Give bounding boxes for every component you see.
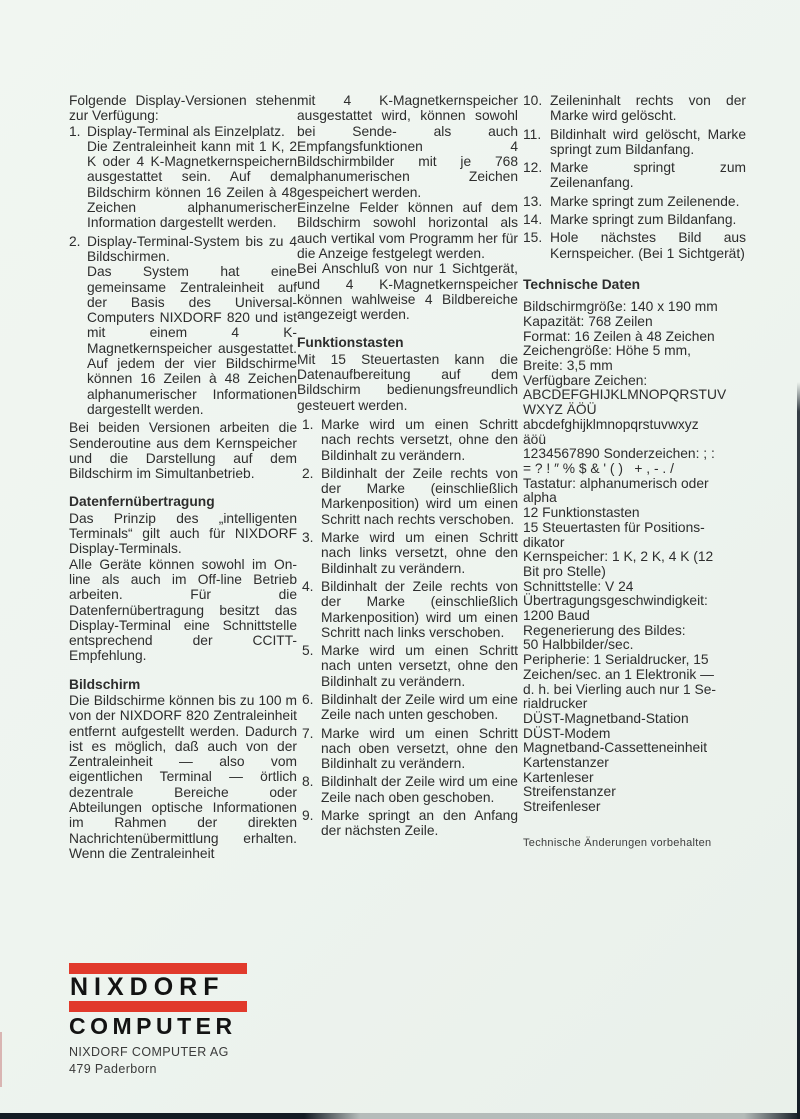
- list-item-text: Marke springt zum Bildanfang.: [550, 212, 746, 227]
- list-item-text: Das System hat eine gemeinsame Zentralei…: [87, 264, 297, 417]
- list-item-text: Bildinhalt wird gelöscht, Marke springt …: [550, 127, 746, 158]
- list-number: 2.: [302, 466, 321, 527]
- spec-line: Streifenstanzer: [523, 785, 746, 800]
- spec-line: DÜST-Modem: [523, 727, 746, 742]
- list-number: 5.: [302, 643, 321, 689]
- spec-line: dikator: [523, 536, 746, 551]
- logo-computer-text: COMPUTER: [69, 1014, 247, 1038]
- function-key-item-1: 1. Marke wird um einen Schritt nach rech…: [297, 417, 518, 463]
- spec-line: d. h. bei Vierling auch nur 1 Se-: [523, 683, 746, 698]
- spec-line: Peripherie: 1 Serialdrucker, 15: [523, 653, 746, 668]
- spec-line: Verfügbare Zeichen:: [523, 374, 746, 389]
- function-key-item-4: 4. Bildinhalt der Zeile rechts von der M…: [297, 579, 518, 640]
- list-number: 13.: [523, 194, 550, 209]
- technical-specs-list: Bildschirmgröße: 140 x 190 mmKapazität: …: [523, 300, 746, 815]
- paragraph-continuation-3: Bei Anschluß von nur 1 Sichtgerät, und 4…: [297, 261, 518, 322]
- list-item-text: Marke springt an den Anfang der nächsten…: [321, 808, 518, 839]
- logo-nixdorf-text: NIXDORF: [70, 975, 247, 1000]
- function-key-item-7: 7. Marke wird um einen Schritt nach oben…: [297, 726, 518, 772]
- company-address: NIXDORF COMPUTER AG 479 Paderborn: [69, 1044, 229, 1078]
- spec-line: = ? ! ″ % $ & ' ( ) + , - . /: [523, 462, 746, 477]
- list-item-text: Bildinhalt der Zeile wird um eine Zeile …: [321, 692, 518, 723]
- spec-line: Regenerierung des Bildes:: [523, 624, 746, 639]
- list-number: 12.: [523, 160, 550, 191]
- spec-line: abcdefghijklmnopqrstuvwxyz: [523, 418, 746, 433]
- scan-edge-left-speck: [0, 1032, 2, 1087]
- section-heading-datenfernuebertragung: Datenfernübertragung: [69, 494, 297, 509]
- spec-line: ABCDEFGHIJKLMNOPQRSTUV: [523, 388, 746, 403]
- list-number: 1.: [69, 124, 87, 231]
- list-item-2: 2. Display-Terminal-System bis zu 4 Bild…: [69, 234, 297, 418]
- spec-line: rialdrucker: [523, 697, 746, 712]
- list-item-text: Bildinhalt der Zeile rechts von der Mark…: [321, 466, 518, 527]
- list-number: 6.: [302, 692, 321, 723]
- spec-line: 1200 Baud: [523, 609, 746, 624]
- section-heading-bildschirm: Bildschirm: [69, 677, 297, 692]
- spec-line: Zeichen/sec. an 1 Elektronik —: [523, 668, 746, 683]
- function-key-item-12: 12. Marke springt zum Zeilenanfang.: [523, 160, 746, 191]
- spec-line: Kapazität: 768 Zeilen: [523, 315, 746, 330]
- paragraph-dfu-1: Das Prinzip des „intelligenten Terminals…: [69, 511, 297, 557]
- function-key-item-9: 9. Marke springt an den Anfang der nächs…: [297, 808, 518, 839]
- list-item-text: Marke wird um einen Schritt nach links v…: [321, 530, 518, 576]
- function-key-item-15: 15. Hole nächstes Bild aus Kernspeicher.…: [523, 230, 746, 261]
- list-item-text: Marke wird um einen Schritt nach oben ve…: [321, 726, 518, 772]
- intro-text: Folgende Display-Versionen stehen zur Ve…: [69, 93, 297, 124]
- function-key-item-8: 8. Bildinhalt der Zeile wird um eine Zei…: [297, 774, 518, 805]
- list-item-text: Marke springt zum Zeilenanfang.: [550, 160, 746, 191]
- list-number: 11.: [523, 127, 550, 158]
- list-number: 9.: [302, 808, 321, 839]
- list-item-text: Zeileninhalt rechts von der Marke wird g…: [550, 93, 746, 124]
- footnote: Technische Änderungen vorbehalten: [523, 837, 746, 850]
- spec-line: 15 Steuertasten für Positions-: [523, 521, 746, 536]
- nixdorf-logo: NIXDORF COMPUTER: [69, 963, 247, 1038]
- spec-line: Kernspeicher: 1 K, 2 K, 4 K (12: [523, 550, 746, 565]
- spec-line: Magnetband-Cassetteneinheit: [523, 741, 746, 756]
- spec-line: Kartenstanzer: [523, 756, 746, 771]
- spec-line: Kartenleser: [523, 771, 746, 786]
- list-number: 4.: [302, 579, 321, 640]
- spec-line: Zeichengröße: Höhe 5 mm,: [523, 344, 746, 359]
- list-item-text: Marke wird um einen Schritt nach rechts …: [321, 417, 518, 463]
- paragraph-bildschirm: Die Bildschirme können bis zu 100 m von …: [69, 693, 297, 861]
- list-number: 14.: [523, 212, 550, 227]
- list-number: 15.: [523, 230, 550, 261]
- scan-edge-bottom: [0, 1113, 800, 1119]
- funktionstasten-intro: Mit 15 Steuertasten kann die Datenaufber…: [297, 352, 518, 413]
- paragraph-continuation-1: mit 4 K-Magnetkernspeicher ausgestattet …: [297, 93, 518, 200]
- function-key-item-11: 11. Bildinhalt wird gelöscht, Marke spri…: [523, 127, 746, 158]
- company-name: NIXDORF COMPUTER AG: [69, 1044, 229, 1061]
- spec-line: Format: 16 Zeilen à 48 Zeichen: [523, 330, 746, 345]
- column-right: 10. Zeileninhalt rechts von der Marke wi…: [523, 93, 746, 861]
- spec-line: Bit pro Stelle): [523, 565, 746, 580]
- spec-line: 50 Halbbilder/sec.: [523, 638, 746, 653]
- spec-line: alpha: [523, 491, 746, 506]
- list-number: 3.: [302, 530, 321, 576]
- spec-line: Übertragungsgeschwindigkeit:: [523, 594, 746, 609]
- function-key-item-2: 2. Bildinhalt der Zeile rechts von der M…: [297, 466, 518, 527]
- spec-line: Breite: 3,5 mm: [523, 359, 746, 374]
- spec-line: DÜST-Magnetband-Station: [523, 712, 746, 727]
- list-item-text: Bildinhalt der Zeile wird um eine Zeile …: [321, 774, 518, 805]
- column-middle: mit 4 K-Magnetkernspeicher ausgestattet …: [297, 93, 518, 842]
- list-number: 8.: [302, 774, 321, 805]
- column-left: Folgende Display-Versionen stehen zur Ve…: [69, 93, 297, 861]
- paragraph-dfu-2: Alle Geräte können sowohl im On-line als…: [69, 557, 297, 664]
- company-city: 479 Paderborn: [69, 1061, 229, 1078]
- function-key-item-3: 3. Marke wird um einen Schritt nach link…: [297, 530, 518, 576]
- list-item-text: Display-Terminal-System bis zu 4 Bildsch…: [87, 234, 297, 265]
- function-key-item-13: 13. Marke springt zum Zeilenende.: [523, 194, 746, 209]
- spec-line: 12 Funktionstasten: [523, 506, 746, 521]
- section-heading-technische-daten: Technische Daten: [523, 277, 746, 292]
- function-key-item-6: 6. Bildinhalt der Zeile wird um eine Zei…: [297, 692, 518, 723]
- paragraph-continuation-2: Einzelne Felder können auf dem Bildschir…: [297, 200, 518, 261]
- function-key-item-10: 10. Zeileninhalt rechts von der Marke wi…: [523, 93, 746, 124]
- list-item-text: Bildinhalt der Zeile rechts von der Mark…: [321, 579, 518, 640]
- function-key-item-5: 5. Marke wird um einen Schritt nach unte…: [297, 643, 518, 689]
- section-heading-funktionstasten: Funktionstasten: [297, 335, 518, 350]
- list-number: 10.: [523, 93, 550, 124]
- spec-line: WXYZ ÄÖÜ: [523, 403, 746, 418]
- list-item-1: 1. Display-Terminal als Einzelplatz. Die…: [69, 124, 297, 231]
- list-item-text: Display-Terminal als Einzelplatz.: [87, 124, 297, 139]
- spec-line: Bildschirmgröße: 140 x 190 mm: [523, 300, 746, 315]
- function-key-item-14: 14. Marke springt zum Bildanfang.: [523, 212, 746, 227]
- spec-line: äöü: [523, 433, 746, 448]
- spec-line: Tastatur: alphanumerisch oder: [523, 477, 746, 492]
- list-item-text: Hole nächstes Bild aus Kernspeicher. (Be…: [550, 230, 746, 261]
- spec-line: 1234567890 Sonderzeichen: ; :: [523, 447, 746, 462]
- logo-red-bar-bottom: [69, 1001, 247, 1012]
- list-item-text: Marke wird um einen Schritt nach unten v…: [321, 643, 518, 689]
- list-item-text: Die Zentraleinheit kann mit 1 K, 2 K ode…: [87, 139, 297, 231]
- paragraph-versions: Bei beiden Versionen arbeiten die Sender…: [69, 420, 297, 481]
- list-number: 2.: [69, 234, 87, 418]
- list-number: 1.: [302, 417, 321, 463]
- spec-line: Streifenleser: [523, 800, 746, 815]
- list-number: 7.: [302, 726, 321, 772]
- list-item-text: Marke springt zum Zeilenende.: [550, 194, 746, 209]
